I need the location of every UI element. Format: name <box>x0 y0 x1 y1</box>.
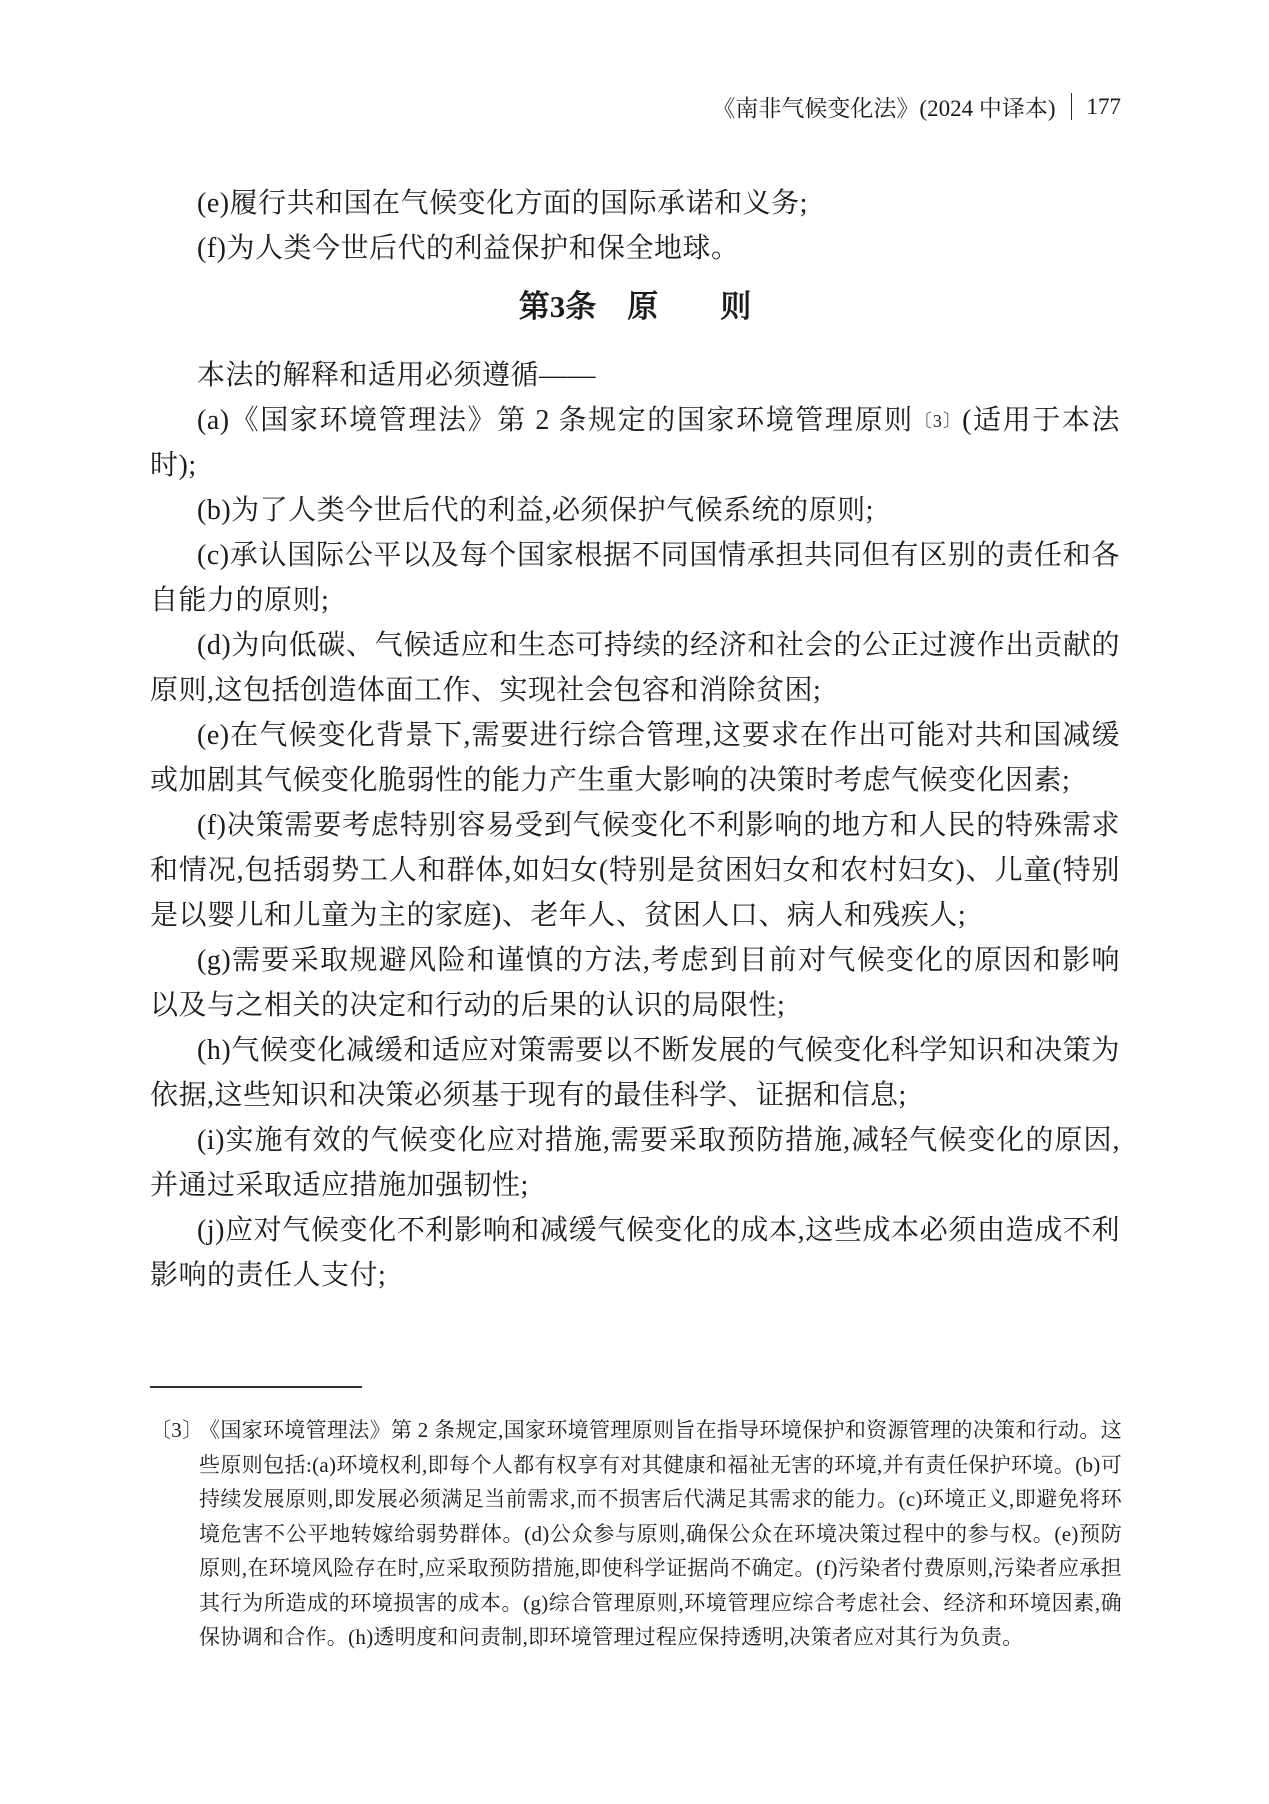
footnote-text: 《国家环境管理法》第 2 条规定,国家环境管理原则旨在指导环境保护和资源管理的决… <box>199 1418 1122 1649</box>
section-heading: 第3条 原 则 <box>150 284 1120 330</box>
footnote-marker: 〔3〕 <box>150 1413 203 1448</box>
lead-paragraph: 本法的解释和适用必须遵循—— <box>150 353 1120 398</box>
page-header: 《南非气候变化法》(2024 中译本) 177 <box>712 90 1121 123</box>
footnote-ref-3: 〔3〕 <box>914 411 962 431</box>
clause-item-h: (h)气候变化减缓和适应对策需要以不断发展的气候变化科学知识和决策为依据,这些知… <box>150 1028 1120 1118</box>
document-page: 《南非气候变化法》(2024 中译本) 177 (e)履行共和国在气候变化方面的… <box>0 0 1269 1804</box>
clause-item-e: (e)在气候变化背景下,需要进行综合管理,这要求在作出可能对共和国减缓或加剧其气… <box>150 713 1120 803</box>
header-divider <box>1071 93 1072 120</box>
clause-a-text: (a)《国家环境管理法》第 2 条规定的国家环境管理原则 <box>197 405 914 436</box>
page-number: 177 <box>1087 94 1122 120</box>
clause-item-d: (d)为向低碳、气候适应和生态可持续的经济和社会的公正过渡作出贡献的原则,这包括… <box>150 623 1120 713</box>
page-content: (e)履行共和国在气候变化方面的国际承诺和义务; (f)为人类今世后代的利益保护… <box>150 181 1120 1298</box>
clause-item-j: (j)应对气候变化不利影响和减缓气候变化的成本,这些成本必须由造成不利影响的责任… <box>150 1208 1120 1298</box>
clause-item-a: (a)《国家环境管理法》第 2 条规定的国家环境管理原则〔3〕(适用于本法时); <box>150 398 1120 488</box>
clause-item-f: (f)决策需要考虑特别容易受到气候变化不利影响的地方和人民的特殊需求和情况,包括… <box>150 803 1120 938</box>
intro-item-f: (f)为人类今世后代的利益保护和保全地球。 <box>150 226 1120 271</box>
footnote-3: 〔3〕 《国家环境管理法》第 2 条规定,国家环境管理原则旨在指导环境保护和资源… <box>150 1413 1122 1655</box>
clause-item-c: (c)承认国际公平以及每个国家根据不同国情承担共同但有区别的责任和各自能力的原则… <box>150 533 1120 623</box>
clause-item-i: (i)实施有效的气候变化应对措施,需要采取预防措施,减轻气候变化的原因,并通过采… <box>150 1118 1120 1208</box>
clause-item-b: (b)为了人类今世后代的利益,必须保护气候系统的原则; <box>150 488 1120 533</box>
intro-item-e: (e)履行共和国在气候变化方面的国际承诺和义务; <box>150 181 1120 226</box>
running-head-title: 《南非气候变化法》(2024 中译本) <box>712 90 1055 123</box>
footnote-section: 〔3〕 《国家环境管理法》第 2 条规定,国家环境管理原则旨在指导环境保护和资源… <box>150 1386 1122 1655</box>
clause-item-g: (g)需要采取规避风险和谨慎的方法,考虑到目前对气候变化的原因和影响以及与之相关… <box>150 938 1120 1028</box>
footnote-separator <box>150 1386 362 1388</box>
